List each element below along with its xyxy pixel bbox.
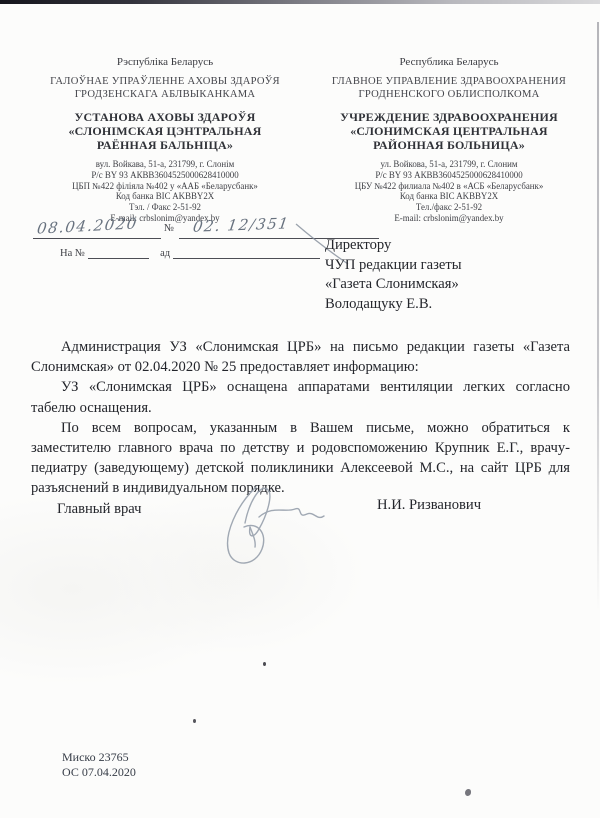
- contact-details-ru: ул. Войкова, 51-а, 231799, г. Слоним Р/с…: [310, 159, 588, 224]
- country-name-by: Рэспубліка Беларусь: [26, 56, 304, 68]
- reply-number-underline: [88, 247, 149, 259]
- body-paragraph: УЗ «Слонимская ЦРБ» оснащена аппаратами …: [31, 377, 570, 417]
- scan-edge-top: [0, 0, 600, 4]
- executor-note: ОС 07.04.2020: [62, 765, 136, 780]
- body-paragraph: Администрация УЗ «Слонимская ЦРБ» на пис…: [31, 337, 570, 377]
- executor-block: Миско 23765 ОС 07.04.2020: [62, 750, 136, 779]
- reply-reference-row: На № ад: [60, 247, 350, 263]
- signature-handwriting: [193, 477, 328, 572]
- scan-speck: [465, 789, 471, 796]
- phone-line: Тэл. / Факс 2-51-92: [26, 202, 304, 213]
- addressee-title: Директору: [325, 236, 462, 256]
- date-underline: [33, 238, 161, 239]
- contact-details-by: вул. Войкава, 51-а, 231799, г. Слонім Р/…: [26, 159, 304, 224]
- bank-line: ЦБП №422 філіяла №402 у «ААБ «Беларусбан…: [26, 181, 304, 192]
- account-line: Р/с BY 93 АКВВ3604525000628410000: [26, 170, 304, 181]
- scanned-letter-page: Рэспубліка Беларусь ГАЛОЎНАЕ УПРАЎЛЕННЕ …: [0, 0, 600, 818]
- reply-date-label: ад: [160, 248, 170, 259]
- authority-name-ru: ГЛАВНОЕ УПРАВЛЕНИЕ ЗДРАВООХРАНЕНИЯ ГРОДН…: [310, 75, 588, 101]
- bank-line: ЦБУ №422 филиала №402 в «АСБ «Беларусбан…: [310, 181, 588, 192]
- reply-date-underline: [173, 247, 320, 259]
- address-line: ул. Войкова, 51-а, 231799, г. Слоним: [310, 159, 588, 170]
- handwritten-number: 02. 12/351: [192, 214, 291, 235]
- scan-edge-right: [597, 22, 599, 611]
- bank-code-line: Код банка BIC AKBBY2X: [26, 191, 304, 202]
- organization-name-by: УСТАНОВА АХОВЫ ЗДАРОЎЯ «СЛОНІМСКАЯ ЦЭНТР…: [26, 110, 304, 152]
- letterhead-right: Республика Беларусь ГЛАВНОЕ УПРАВЛЕНИЕ З…: [310, 56, 588, 224]
- addressee-block: Директору ЧУП редакции газеты «Газета Сл…: [325, 236, 462, 314]
- bank-code-line: Код банка BIC AKBBY2X: [310, 191, 588, 202]
- authority-name-by: ГАЛОЎНАЕ УПРАЎЛЕННЕ АХОВЫ ЗДАРОЎЯ ГРОДЗЕ…: [26, 75, 304, 101]
- organization-name-ru: УЧРЕЖДЕНИЕ ЗДРАВООХРАНЕНИЯ «СЛОНИМСКАЯ Ц…: [310, 110, 588, 152]
- scan-speck: [263, 662, 266, 666]
- executor-name-phone: Миско 23765: [62, 750, 136, 765]
- account-line: Р/с BY 93 АКВВ3604525000628410000: [310, 170, 588, 181]
- signer-position: Главный врач: [57, 501, 141, 518]
- country-name-ru: Республика Беларусь: [310, 56, 588, 68]
- number-sign-label: №: [164, 223, 174, 234]
- reply-number-label: На №: [60, 248, 85, 259]
- scan-speck: [193, 719, 196, 723]
- address-line: вул. Войкава, 51-а, 231799, г. Слонім: [26, 159, 304, 170]
- addressee-person: Володащуку Е.В.: [325, 295, 462, 315]
- phone-line: Тел./факс 2-51-92: [310, 202, 588, 213]
- signer-name: Н.И. Ризванович: [377, 497, 481, 514]
- letterhead-left: Рэспубліка Беларусь ГАЛОЎНАЕ УПРАЎЛЕННЕ …: [26, 56, 304, 224]
- addressee-org-1: ЧУП редакции газеты: [325, 256, 462, 276]
- addressee-org-2: «Газета Слонимская»: [325, 275, 462, 295]
- letter-body: Администрация УЗ «Слонимская ЦРБ» на пис…: [31, 337, 570, 499]
